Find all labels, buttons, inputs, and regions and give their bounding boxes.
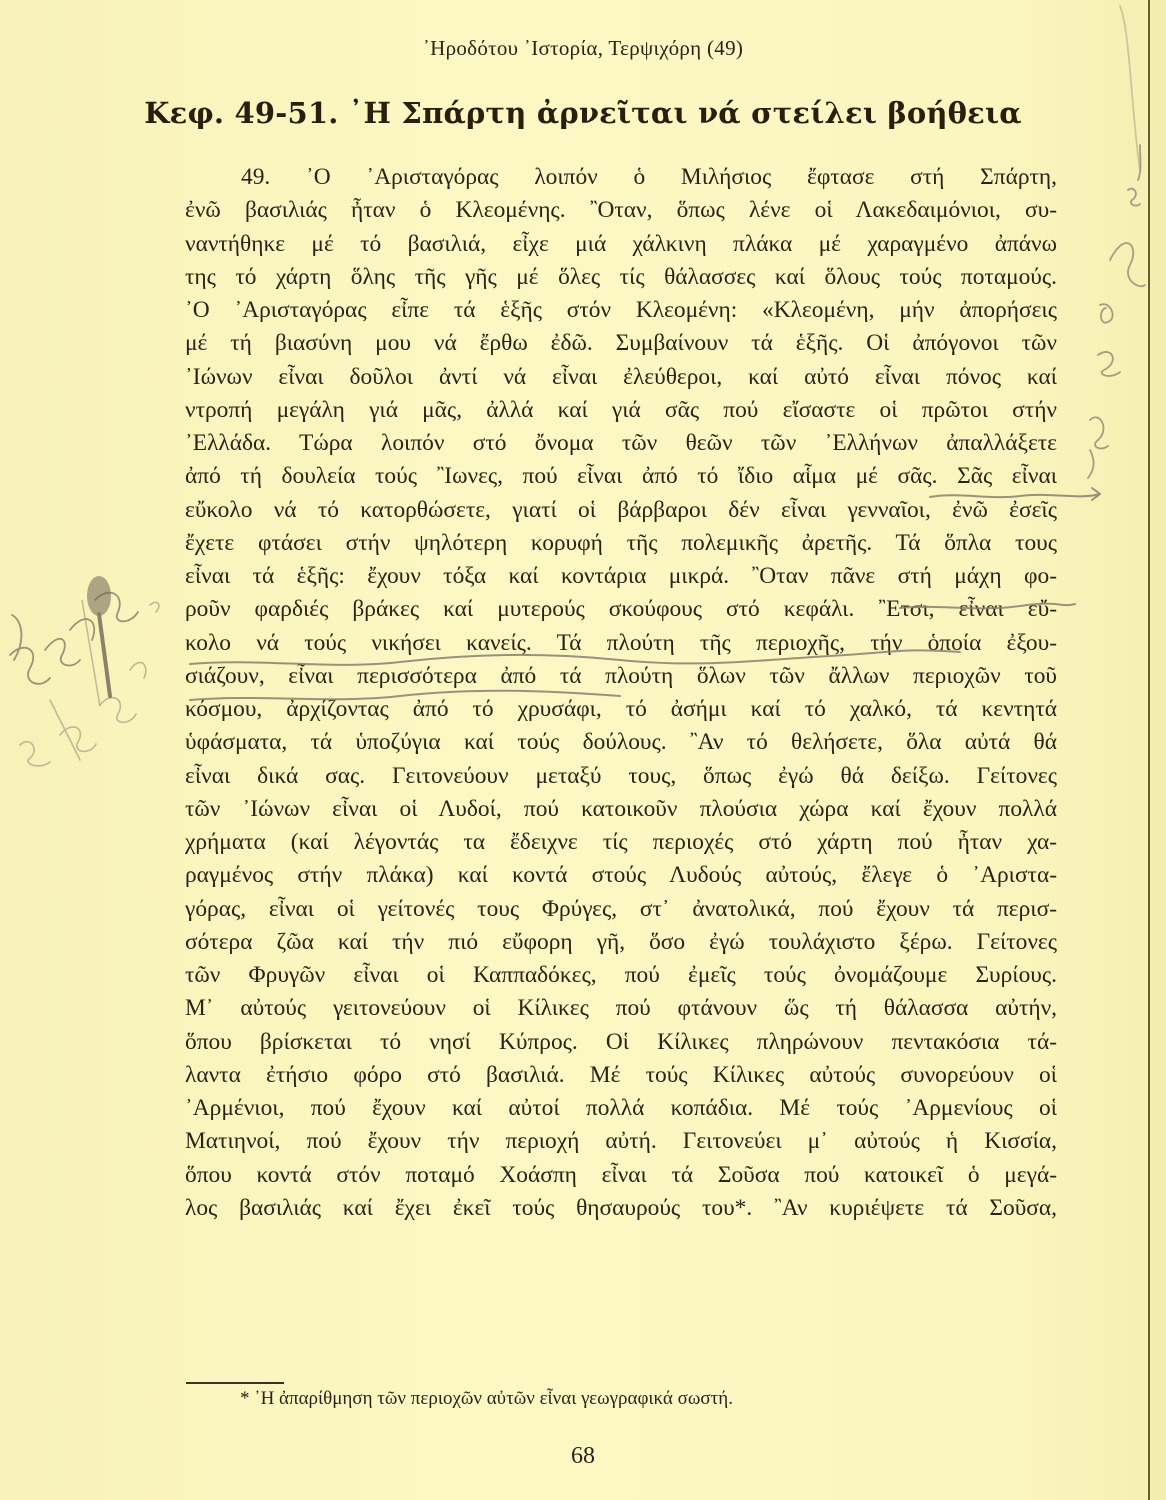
text-line: ἐνῶ βασιλιάς ἦταν ὁ Κλεομένης. ῍Οταν, ὅπ…	[185, 194, 1057, 227]
text-line: σότερα ζῶα καί τήν πιό εὔφορη γῆ, ὅσο ἐγ…	[185, 926, 1057, 959]
text-line: ντροπή μεγάλη γιά μᾶς, ἀλλά καί γιά σᾶς …	[185, 394, 1057, 427]
text-line: χρήματα (καί λέγοντάς τα ἔδειχνε τίς περ…	[185, 826, 1057, 859]
text-line: ναντήθηκε μέ τό βασιλιά, εἶχε μιά χάλκιν…	[185, 228, 1057, 261]
text-line: ὅπου βρίσκεται τό νησί Κύπρος. Οἱ Κίλικε…	[185, 1026, 1057, 1059]
page-number: 68	[0, 1443, 1166, 1470]
text-line: ραγμένος στήν πλάκα) καί κοντά στούς Λυδ…	[185, 859, 1057, 892]
text-line: ἔχετε φτάσει στήν ψηλότερη κορυφή τῆς πο…	[185, 527, 1057, 560]
text-line: μέ τή βιασύνη μου νά ἔρθω ἐδῶ. Συμβαίνου…	[185, 327, 1057, 360]
text-line: εὔκολο νά τό κατορθώσετε, γιατί οἱ βάρβα…	[185, 494, 1057, 527]
text-line: σιάζουν, εἶναι περισσότερα ἀπό τά πλούτη…	[185, 660, 1057, 693]
text-line	[185, 1225, 1057, 1258]
text-line: κόσμου, ἀρχίζοντας ἀπό τό χρυσάφι, τό ἀσ…	[185, 693, 1057, 726]
text-line: τῶν Φρυγῶν εἶναι οἱ Καππαδόκες, πού ἐμεῖ…	[185, 959, 1057, 992]
binding-shade	[1150, 0, 1166, 1500]
text-line: Μ᾿ αὐτούς γειτονεύουν οἱ Κίλικες πού φτά…	[185, 992, 1057, 1025]
running-head: ᾿Ηροδότου ᾿Ιστορία, Τερψιχόρη (49)	[0, 36, 1166, 61]
text-line: ἀπό τή δουλεία τούς ῍Ιωνες, πού εἶναι ἀπ…	[185, 460, 1057, 493]
body-text: 49. ᾿Ο ᾿Αρισταγόρας λοιπόν ὁ Μιλήσιος ἔφ…	[185, 161, 1057, 1258]
text-line: ὑφάσματα, τά ὑποζύγια καί τούς δούλους. …	[185, 726, 1057, 759]
footnote: * ᾿Η ἀπαρίθμηση τῶν περιοχῶν αὐτῶν εἶναι…	[240, 1388, 733, 1410]
text-line: ᾿Ο ᾿Αρισταγόρας εἶπε τά ἑξῆς στόν Κλεομέ…	[185, 294, 1057, 327]
chapter-title: Κεφ. 49-51. ᾿Η Σπάρτη ἀρνεῖται νά στείλε…	[0, 96, 1166, 130]
pencil-mark-exclamation	[82, 576, 111, 706]
text-line: τῶν ᾿Ιώνων εἶναι οἱ Λυδοί, πού κατοικοῦν…	[185, 793, 1057, 826]
text-line: ὅπου κοντά στόν ποταμό Χοάσπη εἶναι τά Σ…	[185, 1159, 1057, 1192]
text-line: κολο νά τούς νικήσει κανείς. Τά πλούτη τ…	[185, 627, 1057, 660]
text-line: εἶναι τά ἑξῆς: ἔχουν τόξα καί κοντάρια μ…	[185, 560, 1057, 593]
text-line: ροῦν φαρδιές βράκες καί μυτερούς σκούφου…	[185, 593, 1057, 626]
text-line: της τό χάρτη ὅλης τῆς γῆς μέ ὅλες τίς θά…	[185, 261, 1057, 294]
binding-edge-line	[1148, 0, 1150, 1500]
text-line: 49. ᾿Ο ᾿Αρισταγόρας λοιπόν ὁ Μιλήσιος ἔφ…	[185, 161, 1057, 194]
text-line: εἶναι δικά σας. Γειτονεύουν μεταξύ τους,…	[185, 760, 1057, 793]
text-line: ᾿Ιώνων εἶναι δοῦλοι ἀντί νά εἶναι ἐλεύθε…	[185, 361, 1057, 394]
text-line: ᾿Αρμένιοι, πού ἔχουν καί αὐτοί πολλά κοπ…	[185, 1092, 1057, 1125]
footnote-rule	[186, 1382, 284, 1384]
text-line: λος βασιλιάς καί ἔχει ἐκεῖ τούς θησαυρού…	[185, 1192, 1057, 1225]
text-line: λαντα ἐτήσιο φόρο στό βασιλιά. Μέ τούς Κ…	[185, 1059, 1057, 1092]
text-line: γόρας, εἶναι οἱ γείτονές τους Φρύγες, στ…	[185, 893, 1057, 926]
book-page: ᾿Ηροδότου ᾿Ιστορία, Τερψιχόρη (49) Κεφ. …	[0, 0, 1166, 1500]
text-line: Ματιηνοί, πού ἔχουν τήν περιοχή αὐτή. Γε…	[185, 1125, 1057, 1158]
text-line: ᾿Ελλάδα. Τώρα λοιπόν στό ὄνομα τῶν θεῶν …	[185, 427, 1057, 460]
